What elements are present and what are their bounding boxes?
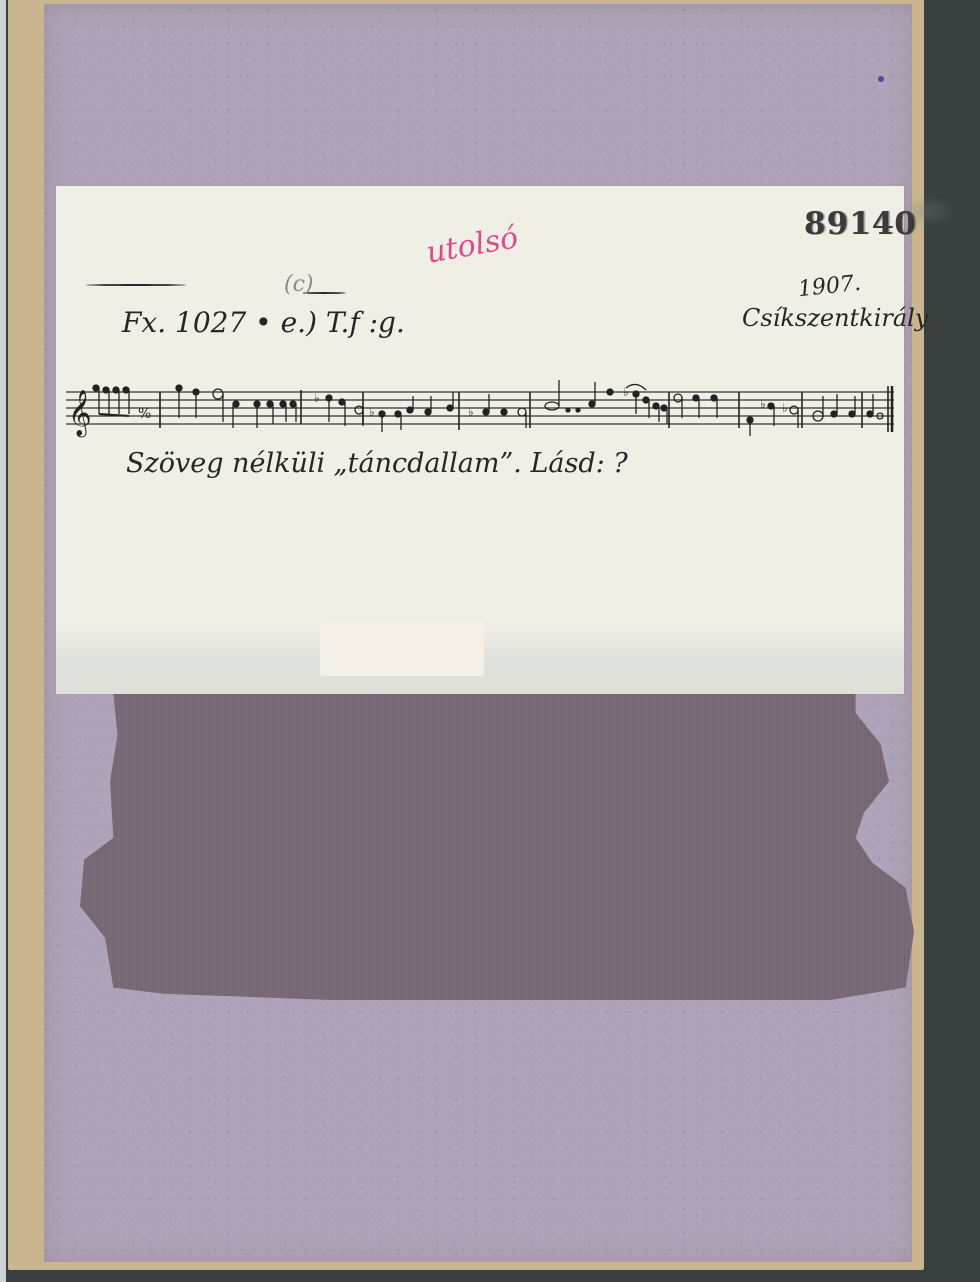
collection-place: Csíkszentkirály bbox=[742, 304, 928, 332]
svg-text:♭: ♭ bbox=[760, 397, 766, 411]
svg-text:♭: ♭ bbox=[369, 405, 375, 419]
svg-text:♭: ♭ bbox=[468, 405, 474, 419]
catalog-number-stamp: 89140 bbox=[804, 206, 917, 242]
red-pencil-annotation: utolsó bbox=[424, 220, 521, 271]
description-text: Szöveg nélküli „táncdallam”. Lásd: ? bbox=[126, 448, 628, 479]
torn-paper-remnant bbox=[80, 688, 914, 1000]
overline-mark bbox=[86, 284, 186, 286]
scanner-edge bbox=[0, 0, 6, 1282]
reference-note: (c) bbox=[284, 272, 314, 297]
index-card: 89140 utolsó (c) Fx. 1027 • e.) T.f :g. … bbox=[56, 186, 904, 694]
collection-year: 1907. bbox=[797, 271, 862, 302]
treble-clef-icon: 𝄞 bbox=[68, 390, 92, 438]
svg-text:♭: ♭ bbox=[314, 391, 320, 405]
svg-text:%: % bbox=[138, 406, 151, 422]
removed-label-patch bbox=[320, 622, 484, 676]
svg-text:♭: ♭ bbox=[782, 401, 788, 415]
music-staff: 𝄞 % bbox=[66, 378, 894, 438]
ink-dot bbox=[878, 76, 884, 82]
reference-code: Fx. 1027 • e.) T.f :g. bbox=[122, 306, 405, 339]
